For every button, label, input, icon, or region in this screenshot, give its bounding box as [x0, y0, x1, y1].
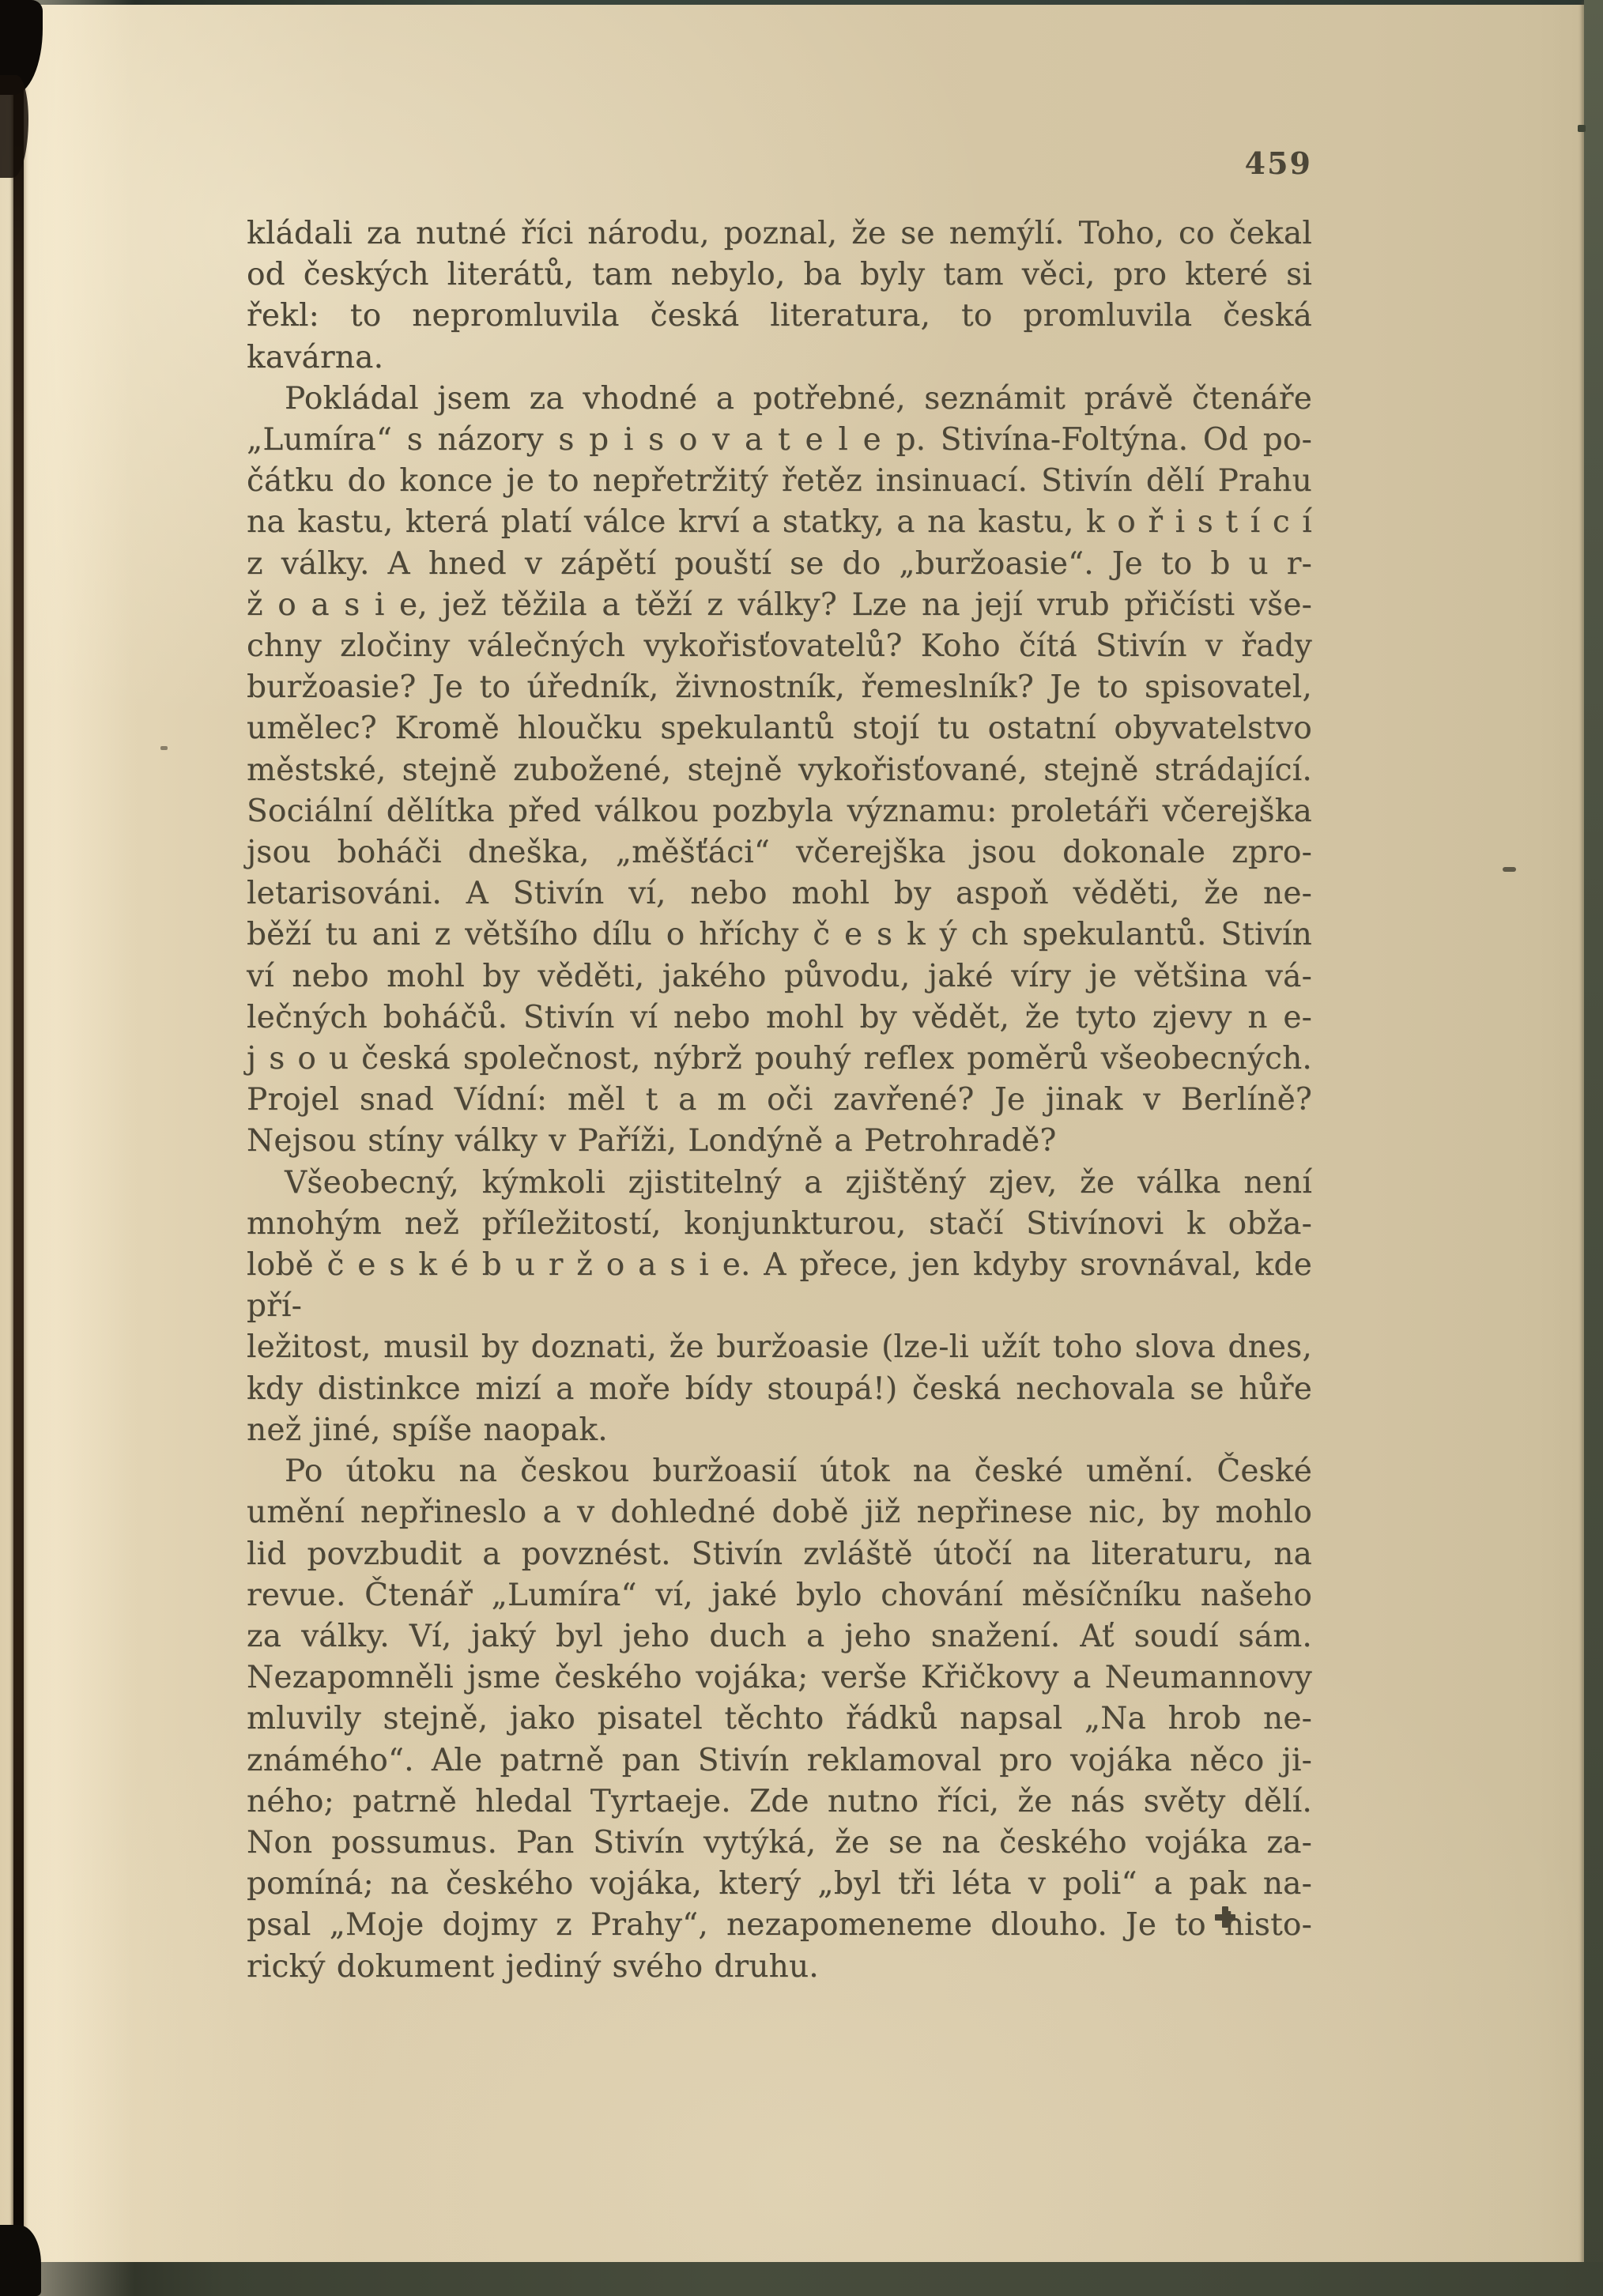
text-line: Po útoku na českou buržoasií útok na čes… — [247, 1451, 1312, 1492]
text-line: městské, stejně zubožené, stejně vykořis… — [247, 750, 1312, 791]
text-line: lobě č e s k é b u r ž o a s i e. A přec… — [247, 1245, 1312, 1327]
text-line: řekl: to nepromluvila česká literatura, … — [247, 296, 1312, 378]
page-number: 459 — [1245, 145, 1312, 181]
text-line: jsou boháči dneška, „měšťáci“ včerejška … — [247, 832, 1312, 873]
text-line: Pokládal jsem za vhodné a potřebné, sezn… — [247, 379, 1312, 420]
text-line: Nezapomněli jsme českého vojáka; verše K… — [247, 1657, 1312, 1698]
text-line: mnohým než příležitostí, konjunkturou, s… — [247, 1204, 1312, 1245]
text-line: rický dokument jediný svého druhu. — [247, 1947, 1312, 1988]
text-line: běží tu ani z většího dílu o hříchy č e … — [247, 914, 1312, 956]
text-line: buržoasie? Je to úředník, živnostník, ře… — [247, 667, 1312, 708]
text-line: Všeobecný, kýmkoli zjistitelný a zjištěn… — [247, 1163, 1312, 1204]
text-line: umění nepřineslo a v dohledné době již n… — [247, 1492, 1312, 1533]
text-line: Nejsou stíny války v Paříži, Londýně a P… — [247, 1121, 1312, 1162]
text-line: chny zločiny válečných vykořisťovatelů? … — [247, 626, 1312, 667]
text-line: revue. Čtenář „Lumíra“ ví, jaké bylo cho… — [247, 1575, 1312, 1616]
body-text: kládali za nutné říci národu, poznal, že… — [247, 213, 1312, 1988]
text-line: kdy distinkce mizí a moře bídy stoupá!) … — [247, 1369, 1312, 1410]
scan-top-edge — [0, 0, 1603, 5]
text-line: Non possumus. Pan Stivín vytýká, že se n… — [247, 1823, 1312, 1864]
text-line: ž o a s i e, jež těžila a těží z války? … — [247, 585, 1312, 626]
scan-speck — [160, 746, 168, 750]
text-line: mluvily stejně, jako pisatel těchto řádk… — [247, 1698, 1312, 1740]
text-line: lid povzbudit a povznést. Stivín zvláště… — [247, 1534, 1312, 1575]
text-line: pomíná; na českého vojáka, který „byl tř… — [247, 1864, 1312, 1905]
text-line: ví nebo mohl by věděti, jakého původu, j… — [247, 956, 1312, 997]
text-line: čátku do konce je to nepřetržitý řetěz i… — [247, 461, 1312, 502]
text-line: kládali za nutné říci národu, poznal, že… — [247, 213, 1312, 254]
text-line: za války. Ví, jaký byl jeho duch a jeho … — [247, 1616, 1312, 1657]
text-line: z války. A hned v zápětí pouští se do „b… — [247, 544, 1312, 585]
scan-speck — [1578, 125, 1586, 132]
scanned-book-page: { "page": { "number": "459", "ornament_i… — [0, 0, 1603, 2296]
scan-bottom-edge-band — [0, 2262, 1603, 2296]
text-line: ležitost, musil by doznati, že buržoasie… — [247, 1327, 1312, 1368]
text-line: než jiné, spíše naopak. — [247, 1410, 1312, 1451]
binding-gutter-line — [13, 0, 24, 2296]
text-line: umělec? Kromě hloučku spekulantů stojí t… — [247, 708, 1312, 749]
text-line: na kastu, která platí válce krví a statk… — [247, 502, 1312, 543]
maltese-cross-ornament-icon — [1215, 1906, 1235, 1928]
scan-speck — [1503, 867, 1516, 872]
page-left-light-strip — [24, 0, 134, 2296]
text-line: j s o u česká společnost, nýbrž pouhý re… — [247, 1039, 1312, 1080]
text-line: psal „Moje dojmy z Prahy“, nezapomeneme … — [247, 1905, 1312, 1946]
text-line: letarisováni. A Stivín ví, nebo mohl by … — [247, 873, 1312, 914]
text-line: známého“. Ale patrně pan Stivín reklamov… — [247, 1740, 1312, 1781]
text-line: od českých literátů, tam nebylo, ba byly… — [247, 254, 1312, 296]
scan-right-edge-band — [1584, 0, 1603, 2296]
text-line: lečných boháčů. Stivín ví nebo mohl by v… — [247, 997, 1312, 1039]
text-line: ného; patrně hledal Tyrtaeje. Zde nutno … — [247, 1781, 1312, 1823]
text-line: Sociální dělítka před válkou pozbyla výz… — [247, 791, 1312, 832]
text-line: Projel snad Vídní: měl t a m oči zavřené… — [247, 1080, 1312, 1121]
text-line: „Lumíra“ s názory s p i s o v a t e l e … — [247, 420, 1312, 461]
